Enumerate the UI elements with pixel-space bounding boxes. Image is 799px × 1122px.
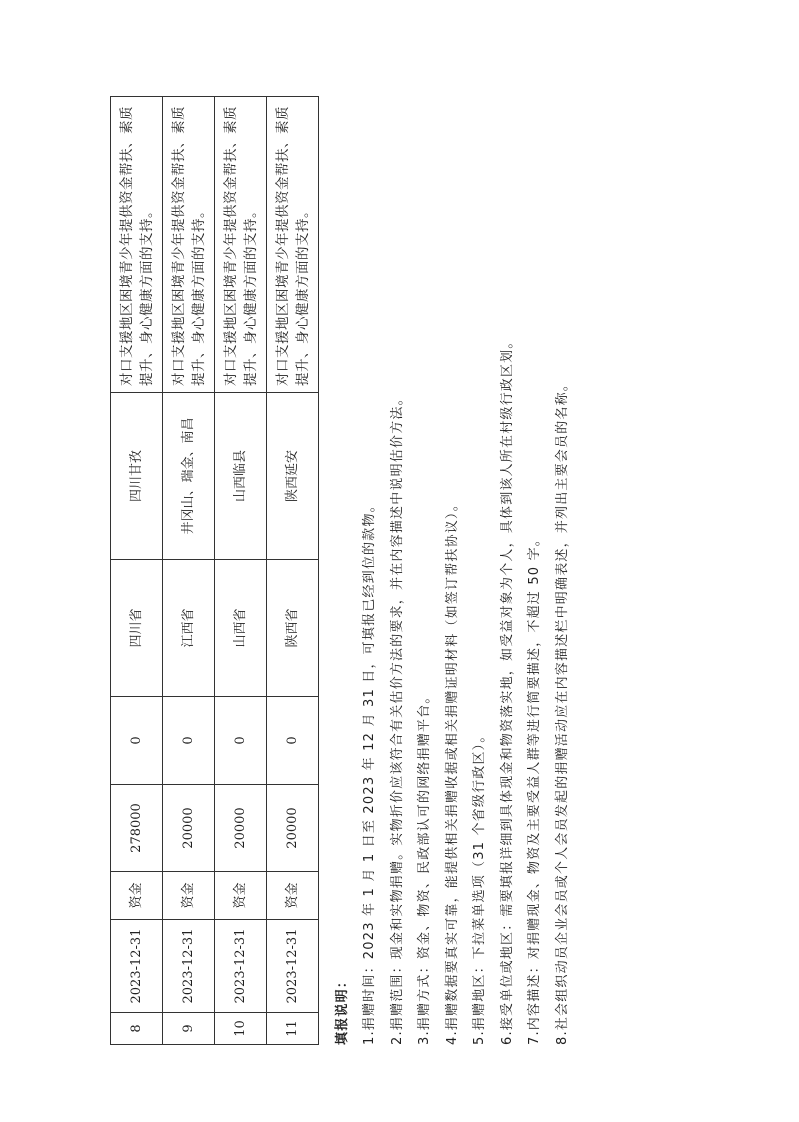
donation-type-cell: 资金	[111, 872, 163, 920]
row-index-cell: 10	[215, 1013, 267, 1045]
in-kind-value-cell: 0	[215, 697, 267, 785]
instruction-item: 1.捐赠时间：2023 年 1 月 1 日至 2023 年 12 月 31 日，…	[356, 45, 384, 1045]
instructions-title: 填报说明：	[330, 45, 356, 1045]
recipient-place-cell: 陕西延安	[267, 393, 319, 560]
row-index-cell: 11	[267, 1013, 319, 1045]
province-cell: 山西省	[215, 560, 267, 697]
filling-instructions: 填报说明： 1.捐赠时间：2023 年 1 月 1 日至 2023 年 12 月…	[330, 45, 576, 1045]
recipient-place-cell: 四川甘孜	[111, 393, 163, 560]
donation-date-cell: 2023-12-31	[215, 920, 267, 1013]
in-kind-value-cell: 0	[267, 697, 319, 785]
table-row: 112023-12-31资金200000陕西省陕西延安对口支援地区困境青少年提供…	[267, 97, 319, 1045]
table-row: 92023-12-31资金200000江西省井冈山、瑞金、南昌对口支援地区困境青…	[163, 97, 215, 1045]
instruction-item: 6.接受单位或地区：需要填报详细到具体现金和物资落实地，如受益对象为个人，具体到…	[494, 45, 522, 1045]
donation-date-cell: 2023-12-31	[267, 920, 319, 1013]
description-cell: 对口支援地区困境青少年提供资金帮扶、素质提升、身心健康方面的支持。	[111, 97, 163, 393]
instruction-item: 7.内容描述：对捐赠现金、物资及主要受益人群等进行简要描述，不超过 50 字。	[521, 45, 549, 1045]
cash-amount-cell: 20000	[215, 785, 267, 872]
row-index-cell: 8	[111, 1013, 163, 1045]
donation-type-cell: 资金	[163, 872, 215, 920]
cash-amount-cell: 278000	[111, 785, 163, 872]
donation-type-cell: 资金	[215, 872, 267, 920]
instruction-item: 8.社会组织动员企业会员或个人会员发起的捐赠活动应在内容描述栏中明确表述，并列出…	[549, 45, 577, 1045]
recipient-place-cell: 山西临县	[215, 393, 267, 560]
description-cell: 对口支援地区困境青少年提供资金帮扶、素质提升、身心健康方面的支持。	[215, 97, 267, 393]
cash-amount-cell: 20000	[267, 785, 319, 872]
instruction-item: 2.捐赠范围：现金和实物捐赠。实物折价应该符合有关估价方法的要求，并在内容描述中…	[384, 45, 412, 1045]
province-cell: 四川省	[111, 560, 163, 697]
province-cell: 陕西省	[267, 560, 319, 697]
table-row: 82023-12-31资金2780000四川省四川甘孜对口支援地区困境青少年提供…	[111, 97, 163, 1045]
instruction-item: 3.捐赠方式：资金、物资、民政部认可的网络捐赠平台。	[411, 45, 439, 1045]
in-kind-value-cell: 0	[111, 697, 163, 785]
description-cell: 对口支援地区困境青少年提供资金帮扶、素质提升、身心健康方面的支持。	[267, 97, 319, 393]
instruction-item: 4.捐赠数据要真实可靠，能提供相关捐赠收据或相关捐赠证明材料（如签订帮扶协议）。	[439, 45, 467, 1045]
donation-type-cell: 资金	[267, 872, 319, 920]
province-cell: 江西省	[163, 560, 215, 697]
rotated-document-page: 82023-12-31资金2780000四川省四川甘孜对口支援地区困境青少年提供…	[0, 0, 799, 1122]
row-index-cell: 9	[163, 1013, 215, 1045]
donation-date-cell: 2023-12-31	[111, 920, 163, 1013]
in-kind-value-cell: 0	[163, 697, 215, 785]
description-cell: 对口支援地区困境青少年提供资金帮扶、素质提升、身心健康方面的支持。	[163, 97, 215, 393]
donation-date-cell: 2023-12-31	[163, 920, 215, 1013]
table-row: 102023-12-31资金200000山西省山西临县对口支援地区困境青少年提供…	[215, 97, 267, 1045]
instruction-item: 5.捐赠地区：下拉菜单选项（31 个省级行政区）。	[466, 45, 494, 1045]
donation-table: 82023-12-31资金2780000四川省四川甘孜对口支援地区困境青少年提供…	[110, 96, 319, 1045]
recipient-place-cell: 井冈山、瑞金、南昌	[163, 393, 215, 560]
cash-amount-cell: 20000	[163, 785, 215, 872]
